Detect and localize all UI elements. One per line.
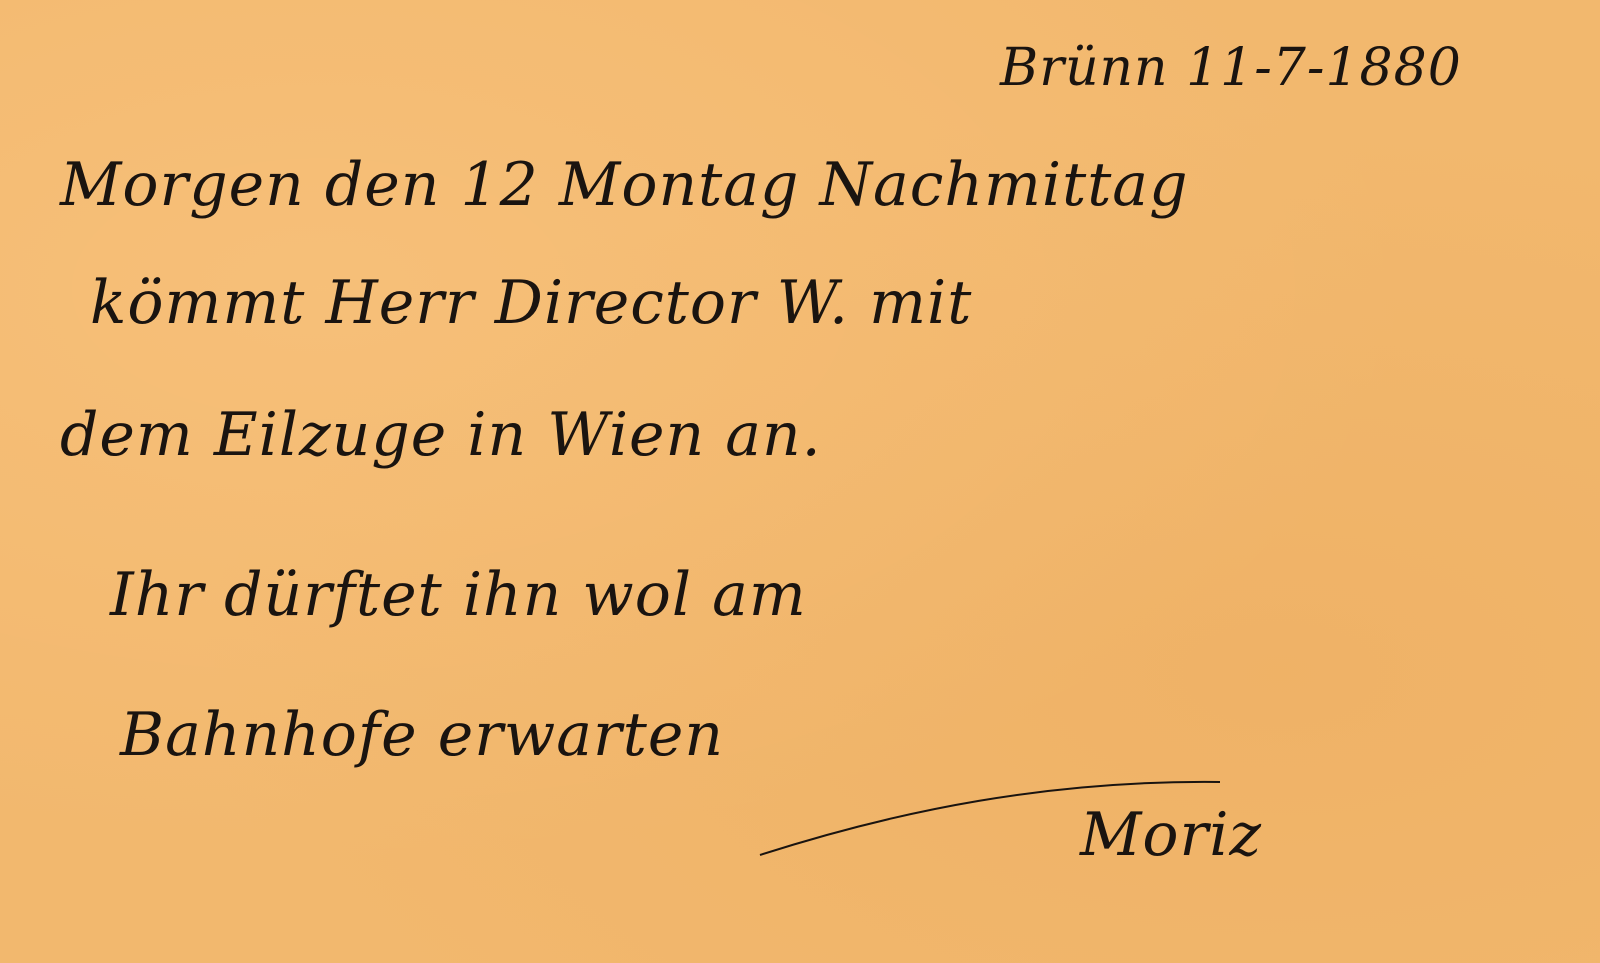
- signature: Moriz: [1080, 800, 1262, 870]
- body-line-2: kömmt Herr Director W. mit: [90, 268, 972, 338]
- body-line-4: Ihr dürftet ihn wol am: [110, 560, 807, 630]
- body-line-3: dem Eilzuge in Wien an.: [60, 400, 822, 470]
- signature-flourish: [0, 0, 1600, 963]
- postcard: Brünn 11-7-1880 Morgen den 12 Montag Nac…: [0, 0, 1600, 963]
- body-line-1: Morgen den 12 Montag Nachmittag: [60, 150, 1189, 220]
- place-date: Brünn 11-7-1880: [1000, 38, 1462, 98]
- body-line-5: Bahnhofe erwarten: [120, 700, 724, 770]
